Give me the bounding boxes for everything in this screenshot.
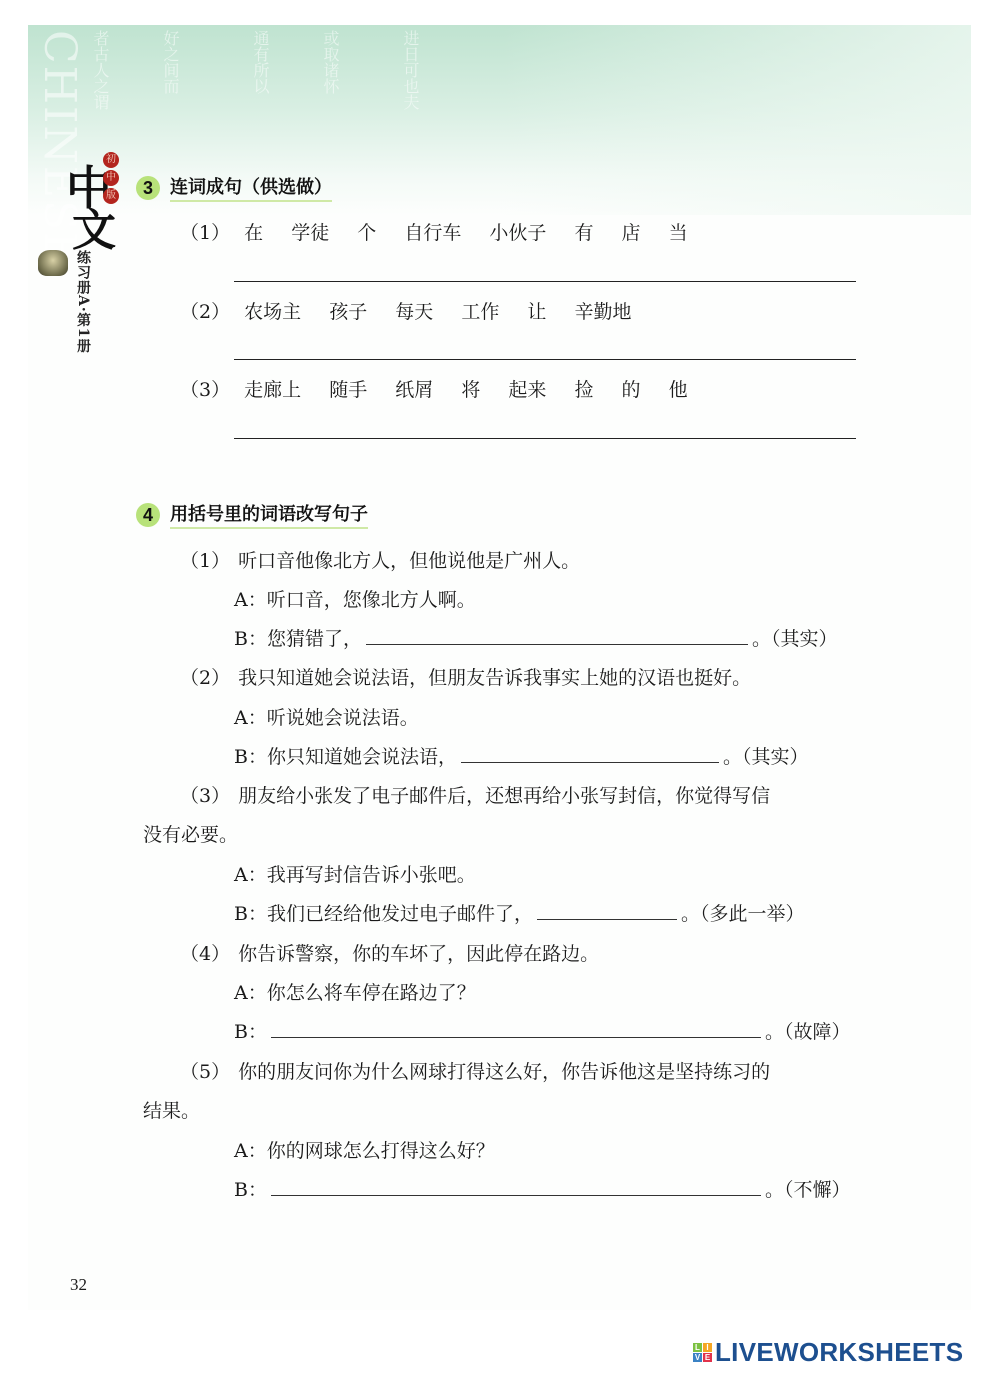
question-4-4-a: A：你怎么将车停在路边了？ (234, 978, 476, 1005)
live-tiles-icon: L I V E (693, 1343, 712, 1362)
question-4-3-b: B：我们已经给他发过电子邮件了，。（多此一举） (234, 899, 804, 926)
brand-text: LIVEWORKSHEETS (715, 1337, 963, 1368)
calligraphy-decoration: 好之间而 (160, 30, 180, 94)
question-4-5-prompt: （5）你的朋友问你为什么网球打得这么好，你告诉他这是坚持练习的 (180, 1057, 770, 1084)
section-number-badge: 4 (136, 503, 160, 527)
answer-blank-3-3[interactable] (234, 438, 856, 439)
question-4-2-a: A：听说她会说法语。 (234, 703, 419, 730)
question-4-2-b: B：你只知道她会说法语，。（其实） (234, 742, 808, 769)
section-title: 用括号里的词语改写句子 (170, 500, 368, 529)
answer-blank-4-2[interactable] (461, 748, 719, 763)
question-4-5-prompt-cont: 结果。 (143, 1096, 200, 1123)
liveworksheets-logo[interactable]: L I V E LIVEWORKSHEETS (693, 1337, 963, 1368)
seal-zhong: 中 (103, 170, 119, 186)
question-4-2-prompt: （2）我只知道她会说法语，但朋友告诉我事实上她的汉语也挺好。 (180, 663, 751, 690)
book-label: 练习册A·第1册 (75, 250, 91, 353)
page-number: 32 (70, 1275, 87, 1295)
question-3-1: （1） 在 学徒 个 自行车 小伙子 有 店 当 (180, 218, 710, 245)
inkpot-icon (38, 250, 68, 276)
question-4-1-prompt: （1）听口音他像北方人，但他说他是广州人。 (180, 546, 580, 573)
question-4-5-a: A：你的网球怎么打得这么好？ (234, 1136, 495, 1163)
section-4-heading: 4 用括号里的词语改写句子 (136, 500, 368, 529)
seal-ban: 版 (103, 188, 119, 204)
seal-chu: 初 (103, 152, 119, 168)
answer-blank-3-1[interactable] (234, 281, 856, 282)
question-4-3-prompt: （3）朋友给小张发了电子邮件后，还想再给小张写封信，你觉得写信 (180, 781, 770, 808)
question-4-5-b: B：。（不懈） (234, 1175, 850, 1202)
answer-blank-4-5[interactable] (271, 1181, 761, 1196)
answer-blank-3-2[interactable] (234, 359, 856, 360)
header-banner-fade (500, 25, 971, 215)
answer-blank-4-1[interactable] (366, 630, 748, 645)
answer-blank-4-3[interactable] (537, 905, 677, 920)
question-4-1-a: A：听口音，您像北方人啊。 (234, 585, 476, 612)
calligraphy-decoration: 或取诸怀 (320, 30, 340, 94)
question-3-3: （3） 走廊上 随手 纸屑 将 起来 捡 的 他 (180, 375, 710, 402)
section-3-heading: 3 连词成句（供选做） (136, 173, 332, 202)
section-title: 连词成句（供选做） (170, 173, 332, 202)
question-4-3-a: A：我再写封信告诉小张吧。 (234, 860, 476, 887)
calligraphy-decoration: 进日可也夫 (400, 30, 420, 110)
question-3-2: （2） 农场主 孩子 每天 工作 让 辛勤地 (180, 297, 653, 324)
calligraphy-decoration: 通有所以 (250, 30, 270, 94)
calligraphy-decoration: 者古人之谓 (90, 30, 110, 110)
question-4-3-prompt-cont: 没有必要。 (143, 820, 238, 847)
question-4-4-b: B：。（故障） (234, 1017, 850, 1044)
section-number-badge: 3 (136, 176, 160, 200)
answer-blank-4-4[interactable] (271, 1023, 761, 1038)
question-4-4-prompt: （4）你告诉警察，你的车坏了，因此停在路边。 (180, 939, 599, 966)
question-4-1-b: B：您猜错了，。（其实） (234, 624, 837, 651)
